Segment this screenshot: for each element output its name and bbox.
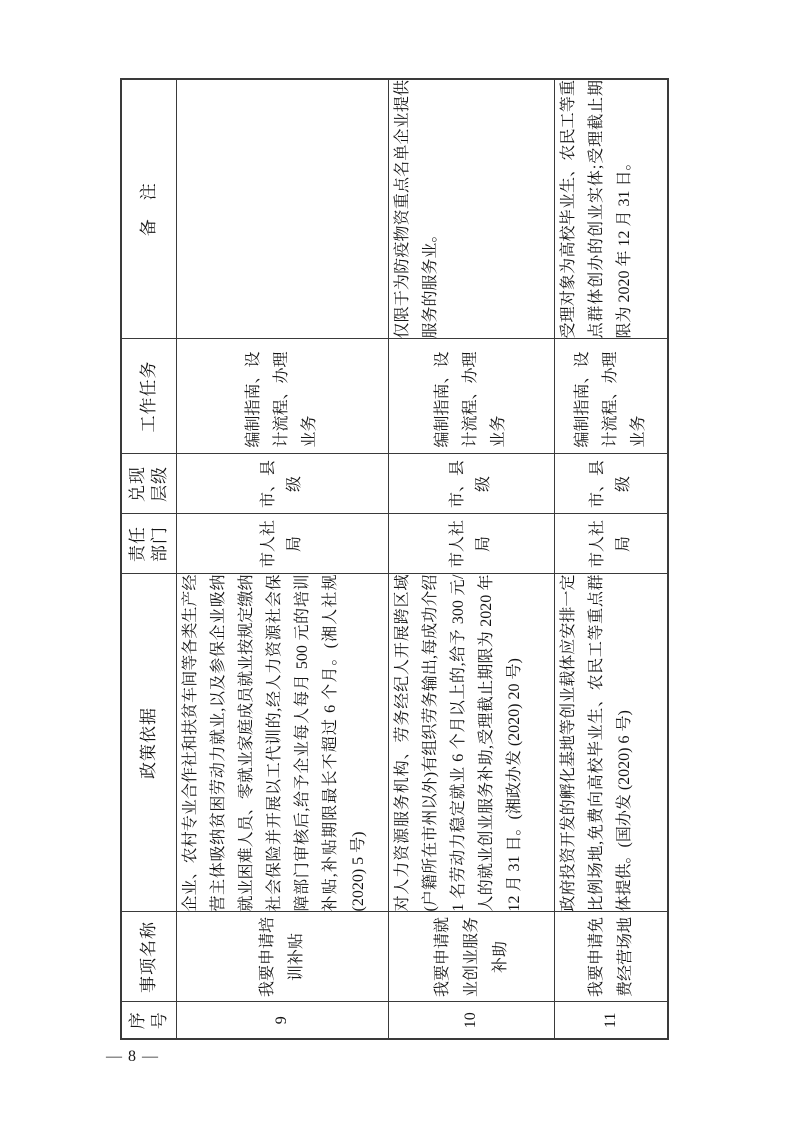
row11-policy-basis: 政府投资开发的孵化基地等创业载体应安排一定比例场地,免费向高校毕业生、农民工等重… (554, 574, 668, 912)
row11-serial-number: 11 (554, 1002, 668, 1039)
header-item-name: 事项名称 (121, 912, 176, 1002)
header-policy-basis: 政策依据 (121, 574, 176, 912)
header-fulfillment-level: 兑现 层级 (121, 454, 176, 514)
header-row: 序号 事项名称 政策依据 责任 部门 兑现 层级 工作任务 备 注 (121, 79, 176, 1039)
row9-policy-basis: 企业、农村专业合作社和扶贫车间等各类生产经营主体吸纳贫困劳动力就业,以及参保企业… (176, 574, 388, 912)
table-row-10: 10 我要申请就业创业服务补助 对人力资源服务机构、劳务经纪人开展跨区域(户籍所… (388, 79, 554, 1039)
header-serial-number: 序号 (121, 1002, 176, 1039)
row9-fulfillment-level: 市、县级 (176, 454, 388, 514)
row10-responsible-dept: 市人社局 (388, 514, 554, 574)
row11-remarks: 受理对象为高校毕业生、农民工等重点群体创办的创业实体;受理截止期限为 2020 … (554, 79, 668, 339)
rotated-table-area: 序号 事项名称 政策依据 责任 部门 兑现 层级 工作任务 备 注 9 我要申请… (120, 80, 667, 1040)
row9-remarks (176, 79, 388, 339)
row11-responsible-dept: 市人社局 (554, 514, 668, 574)
header-work-task: 工作任务 (121, 339, 176, 454)
row9-work-task: 编制指南、设计流程、办理业务 (176, 339, 388, 454)
row10-policy-basis: 对人力资源服务机构、劳务经纪人开展跨区域(户籍所在市州以外)有组织劳务输出,每成… (388, 574, 554, 912)
policy-table: 序号 事项名称 政策依据 责任 部门 兑现 层级 工作任务 备 注 9 我要申请… (120, 78, 669, 1040)
row10-work-task-text: 编制指南、设计流程、办理业务 (429, 340, 513, 454)
table-row-9: 9 我要申请培训补贴 企业、农村专业合作社和扶贫车间等各类生产经营主体吸纳贫困劳… (176, 79, 388, 1039)
row10-serial-number: 10 (388, 1002, 554, 1039)
row11-item-name: 我要申请免费经营场地 (554, 912, 668, 1002)
header-remarks: 备 注 (121, 79, 176, 339)
page-number: — 8 — (106, 1048, 159, 1066)
row10-item-name: 我要申请就业创业服务补助 (388, 912, 554, 1002)
row9-serial-number: 9 (176, 1002, 388, 1039)
document-page: 序号 事项名称 政策依据 责任 部门 兑现 层级 工作任务 备 注 9 我要申请… (0, 0, 793, 1122)
header-responsible-dept: 责任 部门 (121, 514, 176, 574)
row11-work-task: 编制指南、设计流程、办理业务 (554, 339, 668, 454)
row9-work-task-text: 编制指南、设计流程、办理业务 (240, 340, 324, 454)
row10-work-task: 编制指南、设计流程、办理业务 (388, 339, 554, 454)
row10-fulfillment-level: 市、县级 (388, 454, 554, 514)
row9-responsible-dept: 市人社局 (176, 514, 388, 574)
row11-work-task-text: 编制指南、设计流程、办理业务 (569, 340, 653, 454)
row9-item-name: 我要申请培训补贴 (176, 912, 388, 1002)
row10-remarks: 仅限于为防疫物资重点名单企业提供服务的服务业。 (388, 79, 554, 339)
row11-fulfillment-level: 市、县级 (554, 454, 668, 514)
table-row-11: 11 我要申请免费经营场地 政府投资开发的孵化基地等创业载体应安排一定比例场地,… (554, 79, 668, 1039)
table-rotation-wrapper: 序号 事项名称 政策依据 责任 部门 兑现 层级 工作任务 备 注 9 我要申请… (120, 80, 667, 1040)
